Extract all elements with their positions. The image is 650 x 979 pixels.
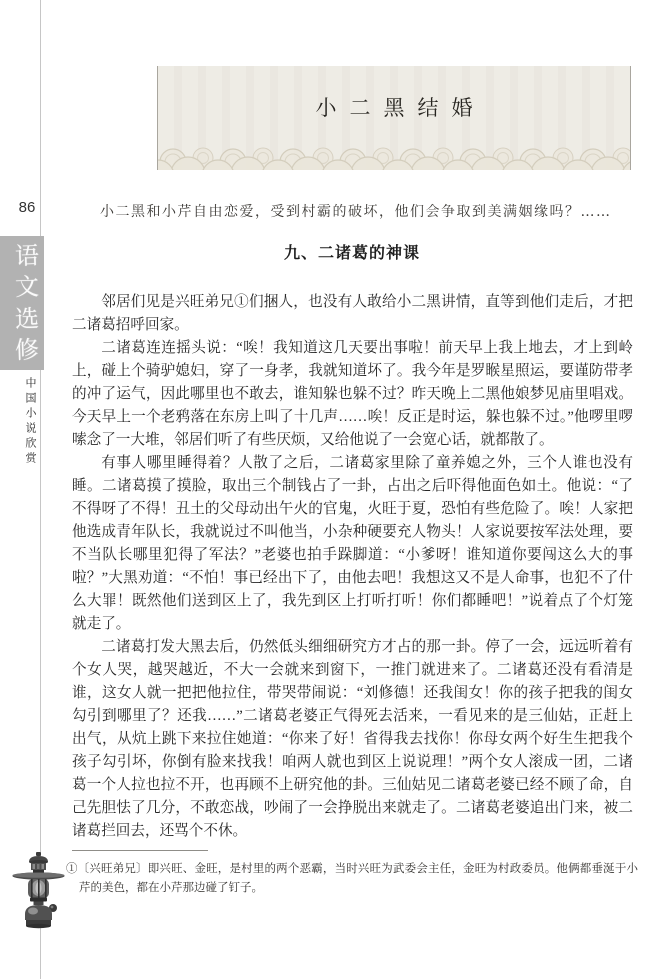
- lead-in-question: 小二黑和小芹自由恋爱，受到村霸的破坏，他们会争取到美满姻缘吗？……: [72, 201, 638, 221]
- book-page: 86 语 文 选 修 中国小说欣赏 小二黑结婚 小二黑和小芹自由恋爱: [0, 0, 650, 979]
- series-spine-block: 语 文 选 修: [0, 236, 44, 370]
- margin-rule: [40, 0, 41, 979]
- series-subtitle: 中国小说欣赏: [22, 377, 38, 467]
- series-char-yu: 语: [14, 243, 39, 268]
- paragraph: 邻居们见是兴旺弟兄①们捆人，也没有人敢给小二黑讲情，直等到他们走后，才把二诸葛招…: [72, 291, 633, 337]
- paragraph: 二诸葛打发大黑去后，仍然低头细细研究方才占的那一卦。停了一会，远远听着有个女人哭…: [72, 636, 633, 843]
- paragraph: 有事人哪里睡得着？人散了之后，二诸葛家里除了童养媳之外，三个人谁也没有睡。二诸葛…: [72, 452, 633, 636]
- chapter-title: 小二黑结婚: [158, 92, 630, 122]
- series-char-xuan: 选: [14, 306, 39, 331]
- story-body: 邻居们见是兴旺弟兄①们捆人，也没有人敢给小二黑讲情，直等到他们走后，才把二诸葛招…: [72, 291, 633, 843]
- page-number: 86: [14, 199, 40, 216]
- series-char-wen: 文: [14, 275, 39, 300]
- paragraph: 二诸葛连连摇头说：“唉！我知道这几天要出事啦！前天早上我上地去，才上到岭上，碰上…: [72, 337, 633, 452]
- wave-pattern-decoration: [158, 132, 630, 170]
- oil-lamp-icon: [12, 852, 66, 934]
- chapter-banner: 小二黑结婚: [157, 66, 631, 170]
- footnote: ①〔兴旺弟兄〕即兴旺、金旺，是村里的两个恶霸，当时兴旺为武委会主任，金旺为村政委…: [66, 860, 638, 898]
- footnote-divider: [72, 850, 208, 851]
- series-char-xiu: 修: [14, 338, 39, 363]
- section-title: 九、二诸葛的神课: [72, 240, 632, 263]
